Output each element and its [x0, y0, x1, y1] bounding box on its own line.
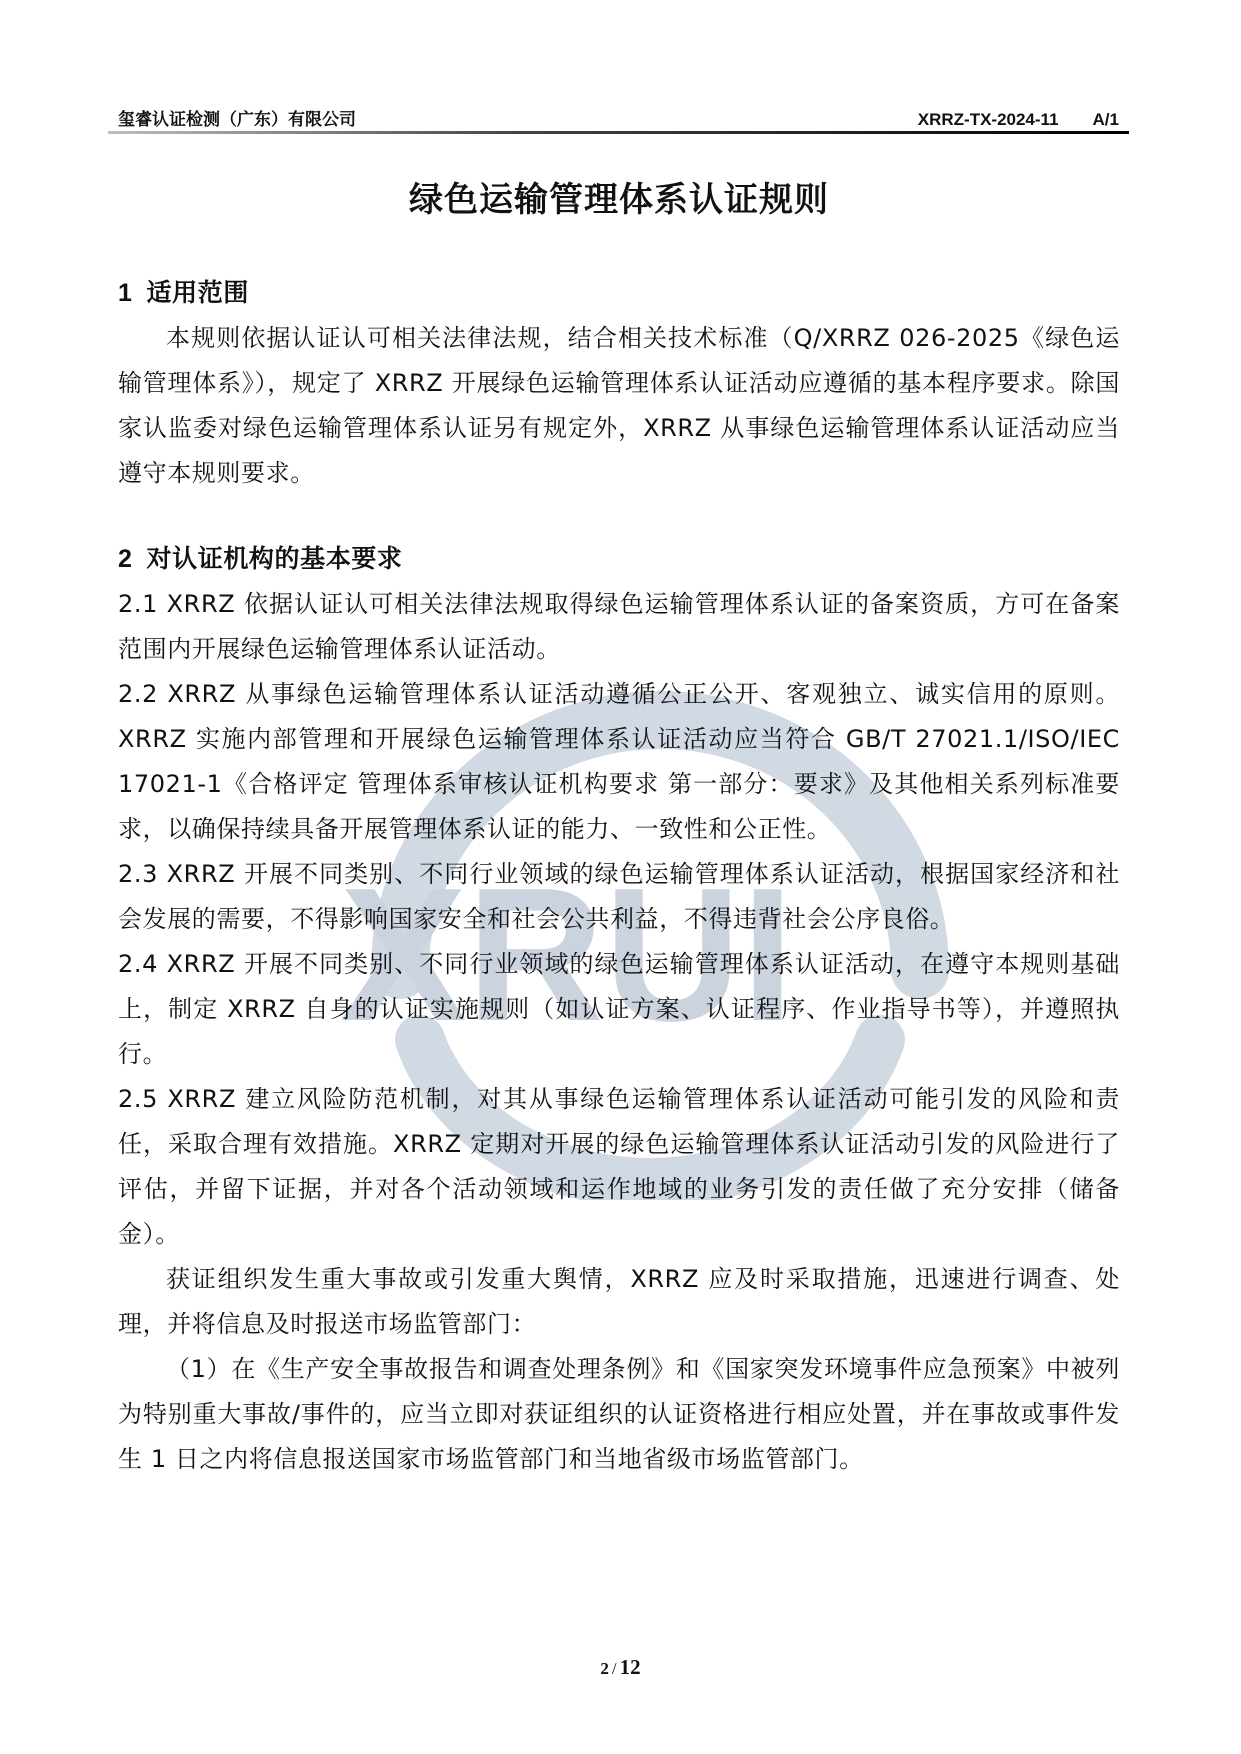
document-code: XRRZ-TX-2024-11 [918, 110, 1059, 130]
section-1-scope: 1适用范围 本规则依据认证认可相关法律法规，结合相关技术标准（Q/XRRZ 02… [118, 270, 1120, 496]
page-separator: / [612, 1659, 617, 1678]
company-name: 玺睿认证检测（广东）有限公司 [118, 105, 356, 130]
clause-2-2: 2.2 XRRZ 从事绿色运输管理体系认证活动遵循公正公开、客观独立、诚实信用的… [118, 672, 1120, 852]
section-number: 2 [118, 545, 133, 573]
clause-2-3: 2.3 XRRZ 开展不同类别、不同行业领域的绿色运输管理体系认证活动，根据国家… [118, 852, 1120, 942]
clause-2-1: 2.1 XRRZ 依据认证认可相关法律法规取得绿色运输管理体系认证的备案资质，方… [118, 582, 1120, 672]
current-page: 2 [600, 1659, 609, 1678]
list-item-1: （1）在《生产安全事故报告和调查处理条例》和《国家突发环境事件应急预案》中被列为… [118, 1347, 1120, 1482]
section-2-requirements: 2对认证机构的基本要求 2.1 XRRZ 依据认证认可相关法律法规取得绿色运输管… [118, 536, 1120, 1482]
section-number: 1 [118, 279, 133, 307]
spacer [118, 496, 1120, 536]
section-title: 适用范围 [147, 278, 249, 307]
document-body: 绿色运输管理体系认证规则 1适用范围 本规则依据认证认可相关法律法规，结合相关技… [118, 170, 1120, 1482]
document-reference: XRRZ-TX-2024-11 A/1 [918, 110, 1119, 130]
paragraph: 本规则依据认证认可相关法律法规，结合相关技术标准（Q/XRRZ 026-2025… [118, 316, 1120, 496]
clause-2-5: 2.5 XRRZ 建立风险防范机制，对其从事绿色运输管理体系认证活动可能引发的风… [118, 1077, 1120, 1257]
page-header: 玺睿认证检测（广东）有限公司 XRRZ-TX-2024-11 A/1 [118, 100, 1119, 130]
clause-2-4: 2.4 XRRZ 开展不同类别、不同行业领域的绿色运输管理体系认证活动，在遵守本… [118, 942, 1120, 1077]
section-title: 对认证机构的基本要求 [147, 544, 403, 573]
header-divider [108, 131, 1129, 134]
document-title: 绿色运输管理体系认证规则 [118, 170, 1120, 230]
paragraph: 获证组织发生重大事故或引发重大舆情，XRRZ 应及时采取措施，迅速进行调查、处理… [118, 1257, 1120, 1347]
section-heading: 2对认证机构的基本要求 [118, 536, 1120, 582]
section-heading: 1适用范围 [118, 270, 1120, 316]
document-version: A/1 [1093, 110, 1119, 130]
total-pages: 12 [620, 1655, 641, 1679]
page-number: 2/12 [0, 1655, 1241, 1680]
